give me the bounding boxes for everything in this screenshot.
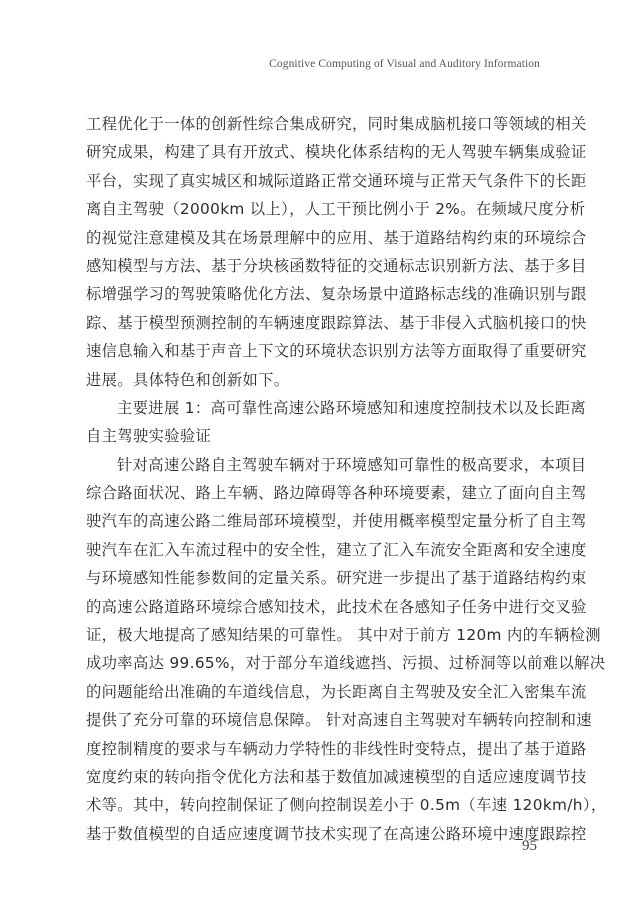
text-line: 度控制精度的要求与车辆动力学特性的非线性时变特点，提出了基于道路 (86, 735, 556, 763)
text-line: 宽度约束的转向指令优化方法和基于数值加减速模型的自适应速度调节技 (86, 763, 556, 791)
text-line: 感知模型与方法、基于分块核函数特征的交通标志识别新方法、基于多目 (86, 252, 556, 280)
text-line: 提供了充分可靠的环境信息保障。 针对高速自主驾驶对车辆转向控制和速 (86, 706, 556, 734)
text-line: 术等。其中，转向控制保证了侧向控制误差小于 0.5m（车速 120km/h）， (86, 791, 556, 819)
text-line: 离自主驾驶（2000km 以上），人工干预比例小于 2%。在频域尺度分析 (86, 195, 556, 223)
text-line: 驶汽车在汇入车流过程中的安全性，建立了汇入车流安全距离和安全速度 (86, 536, 556, 564)
text-line: 研究成果，构建了具有开放式、模块化体系结构的无人驾驶车辆集成验证 (86, 138, 556, 166)
paragraph-overview: 工程优化于一体的创新性综合集成研究，同时集成脑机接口等领域的相关 研究成果，构建… (86, 110, 556, 394)
text-line: 成功率高达 99.65%，对于部分车道线遮挡、污损、过桥洞等以前难以解决 (86, 649, 556, 677)
text-line: 工程优化于一体的创新性综合集成研究，同时集成脑机接口等领域的相关 (86, 110, 556, 138)
text-line: 针对高速公路自主驾驶车辆对于环境感知可靠性的极高要求，本项目 (86, 451, 556, 479)
text-line: 的问题能给出准确的车道线信息，为长距离自主驾驶及安全汇入密集车流 (86, 678, 556, 706)
text-line: 标增强学习的驾驶策略优化方法、复杂场景中道路标志线的准确识别与跟 (86, 280, 556, 308)
section-heading-progress-1: 主要进展 1：高可靠性高速公路环境感知和速度控制技术以及长距离 自主驾驶实验验证 (86, 394, 556, 451)
heading-line: 自主驾驶实验验证 (86, 422, 556, 450)
paragraph-progress-1-detail: 针对高速公路自主驾驶车辆对于环境感知可靠性的极高要求，本项目 综合路面状况、路上… (86, 451, 556, 848)
text-line: 证，极大地提高了感知结果的可靠性。 其中对于前方 120m 内的车辆检测 (86, 621, 556, 649)
text-line: 踪、基于模型预测控制的车辆速度跟踪算法、基于非侵入式脑机接口的快 (86, 309, 556, 337)
text-line: 与环境感知性能参数间的定量关系。研究进一步提出了基于道路结构约束 (86, 564, 556, 592)
running-header: Cognitive Computing of Visual and Audito… (269, 58, 540, 70)
body-text: 工程优化于一体的创新性综合集成研究，同时集成脑机接口等领域的相关 研究成果，构建… (86, 110, 556, 848)
page-number: 95 (522, 838, 537, 855)
text-line: 平台，实现了真实城区和城际道路正常交通环境与正常天气条件下的长距 (86, 167, 556, 195)
text-line: 的高速公路道路环境综合感知技术，此技术在各感知子任务中进行交叉验 (86, 593, 556, 621)
text-line: 综合路面状况、路上车辆、路边障碍等各种环境要素，建立了面向自主驾 (86, 479, 556, 507)
text-line: 的视觉注意建模及其在场景理解中的应用、基于道路结构约束的环境综合 (86, 224, 556, 252)
text-line: 速信息输入和基于声音上下文的环境状态识别方法等方面取得了重要研究 (86, 337, 556, 365)
heading-line: 主要进展 1：高可靠性高速公路环境感知和速度控制技术以及长距离 (86, 394, 556, 422)
text-line: 驶汽车的高速公路二维局部环境模型，并使用概率模型定量分析了自主驾 (86, 507, 556, 535)
text-line: 基于数值模型的自适应速度调节技术实现了在高速公路环境中速度跟踪控 (86, 820, 556, 848)
text-line: 进展。具体特色和创新如下。 (86, 366, 556, 394)
